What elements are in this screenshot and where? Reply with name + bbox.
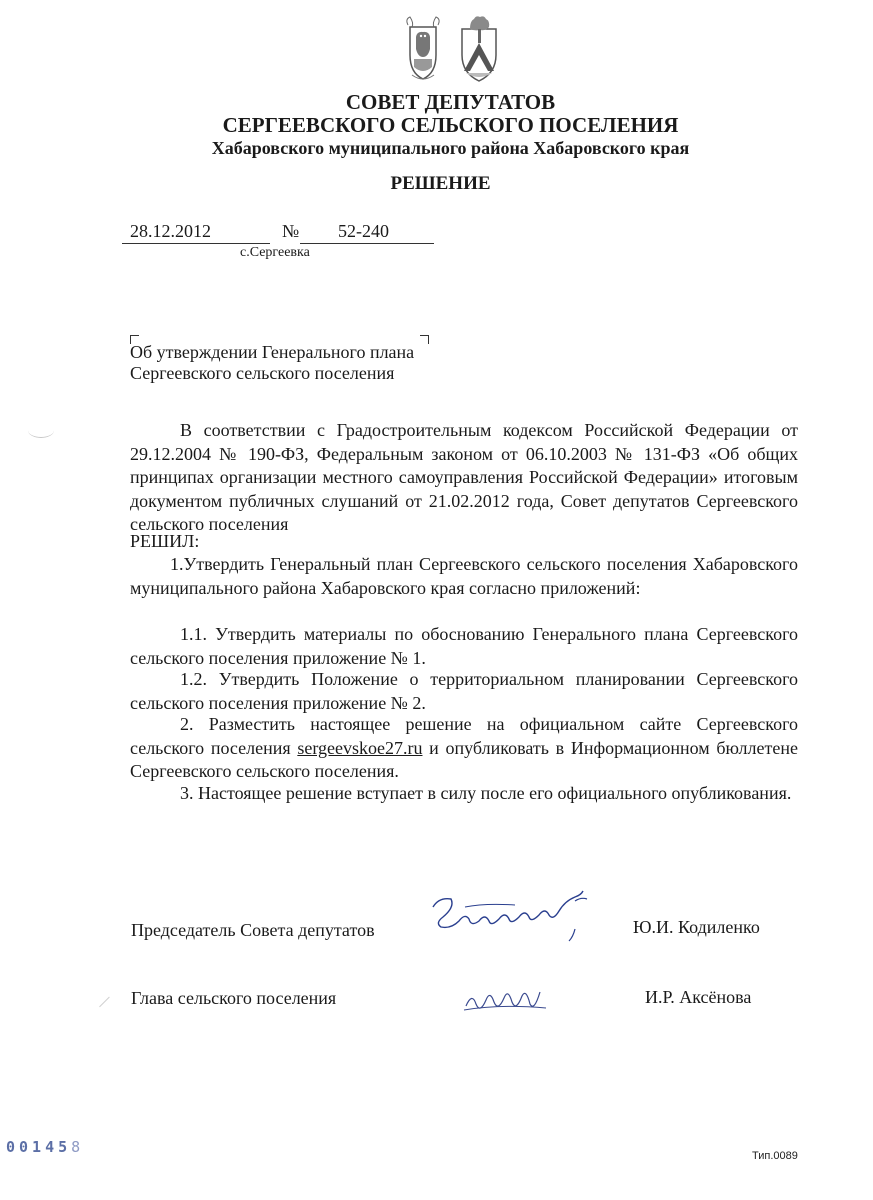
preamble-paragraph: В соответствии с Градостроительным кодек… xyxy=(130,419,798,537)
subject-corner-right xyxy=(420,335,429,344)
clause-3: 3. Настоящее решение вступает в силу пос… xyxy=(130,782,798,806)
settlement-title: СЕРГЕЕВСКОГО СЕЛЬСКОГО ПОСЕЛЕНИЯ xyxy=(14,113,873,138)
decision-date: 28.12.2012 xyxy=(122,220,270,244)
subject-line-1: Об утверждении Генерального плана xyxy=(130,342,414,363)
head-signature-icon xyxy=(460,978,550,1018)
council-title: СОВЕТ ДЕПУТАТОВ xyxy=(14,90,873,115)
punch-hole-mark xyxy=(28,423,54,438)
serial-number-main: 00145 xyxy=(6,1138,71,1156)
place-of-issue: с.Сергеевка xyxy=(240,245,310,261)
serial-number-last-digit: 8 xyxy=(71,1138,84,1156)
sergeevskoe-emblem-icon xyxy=(456,15,498,85)
khabarovsk-krai-emblem-icon xyxy=(402,15,444,85)
resolved-heading: РЕШИЛ: xyxy=(130,530,798,554)
print-type-code: Тип.0089 xyxy=(752,1150,798,1162)
clause-1-2: 1.2. Утвердить Положение о территориальн… xyxy=(130,668,798,715)
chairman-name: Ю.И. Кодиленко xyxy=(633,917,760,938)
website-link[interactable]: sergeevskoe27.ru xyxy=(297,738,422,758)
fold-mark xyxy=(89,987,110,1008)
chairman-role: Председатель Совета депутатов xyxy=(131,920,375,941)
clause-1: 1.Утвердить Генеральный план Сергеевског… xyxy=(130,553,798,600)
clause-1-1: 1.1. Утвердить материалы по обоснованию … xyxy=(130,623,798,670)
serial-number-stamp: 001458 xyxy=(6,1138,84,1156)
decision-subject: Об утверждении Генерального плана Сергее… xyxy=(130,342,414,384)
number-sign: № xyxy=(282,220,299,242)
document-type: РЕШЕНИЕ xyxy=(4,173,873,195)
head-name: И.Р. Аксёнова xyxy=(645,987,751,1008)
chairman-signature-icon xyxy=(425,885,605,945)
decision-number: 52-240 xyxy=(300,220,434,244)
head-role: Глава сельского поселения xyxy=(131,988,336,1009)
subject-line-2: Сергеевского сельского поселения xyxy=(130,363,414,384)
district-title: Хабаровского муниципального района Хабар… xyxy=(14,138,873,159)
clause-2: 2. Разместить настоящее решение на офици… xyxy=(130,713,798,784)
